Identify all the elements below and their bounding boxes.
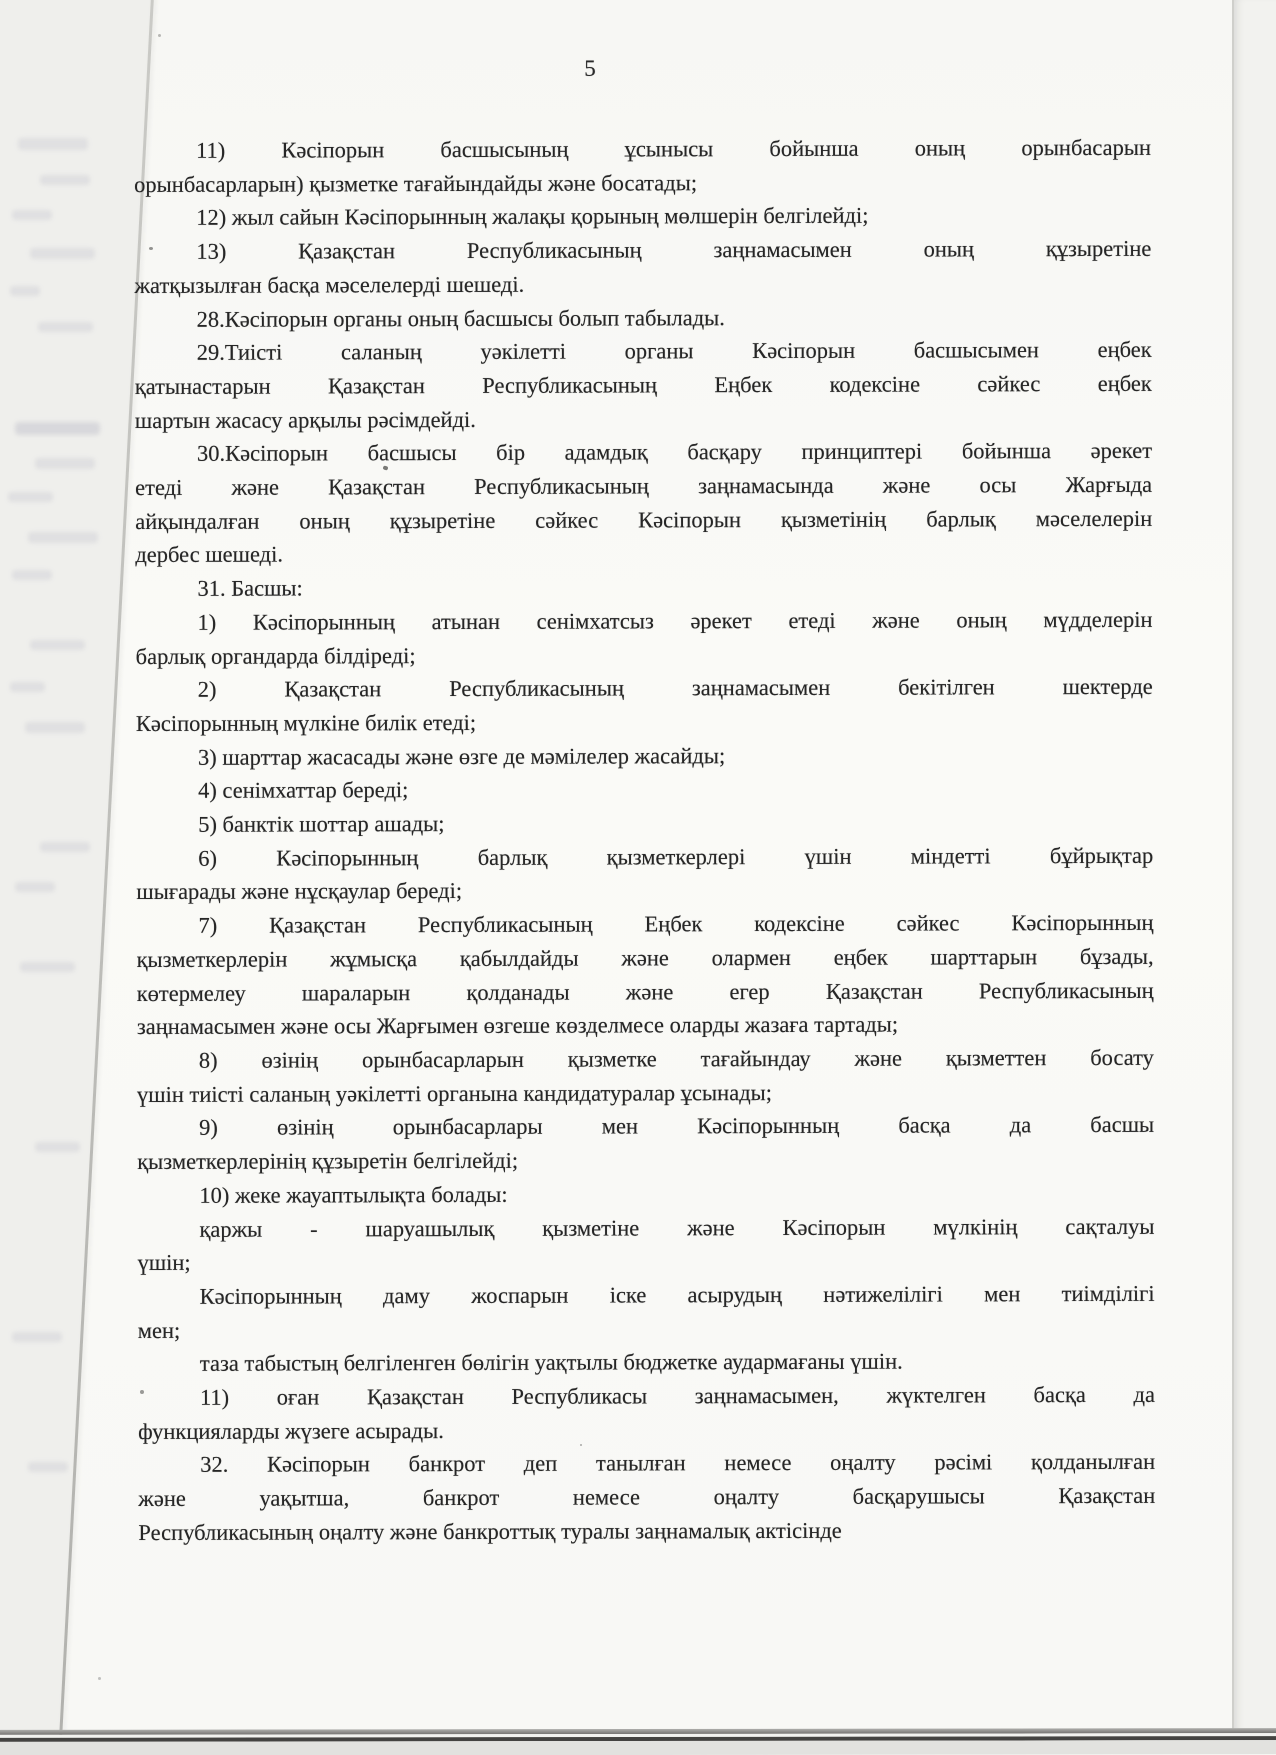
text-line: көтермелеу шараларын қолданады және егер… [137, 973, 1154, 1010]
page-number: 5 [570, 56, 610, 82]
ghost-smudge [30, 248, 95, 259]
scan-speck [149, 247, 153, 250]
text-line: айқындалған оның құзыретіне сәйкес Кәсіп… [135, 502, 1152, 539]
ghost-smudge [15, 882, 55, 892]
text-line: қатынастарын Қазақстан Республикасының Е… [135, 367, 1152, 404]
scanned-document-page: 5 11) Кәсіпорын басшысының ұсынысы бойын… [0, 0, 1276, 1755]
text-line: Кәсіпорынның мүлкіне билік етеді; [136, 704, 1153, 741]
text-line: мен; [138, 1310, 1155, 1347]
ghost-smudge [28, 532, 98, 543]
text-line: 11) оған Қазақстан Республикасы заңнамас… [138, 1378, 1155, 1415]
ghost-smudge [20, 962, 75, 972]
text-line: 8) өзінің орынбасарларын қызметке тағайы… [137, 1041, 1154, 1078]
text-line: қызметкерлерінің құзыретін белгілейді; [137, 1142, 1154, 1179]
text-line: 12) жыл сайын Кәсіпорынның жалақы қорыны… [134, 198, 1151, 235]
ghost-smudge [35, 458, 95, 469]
text-line: таза табыстың белгіленген бөлігін уақтыл… [138, 1344, 1155, 1381]
text-line: заңнамасымен және осы Жарғымен өзгеше кө… [137, 1007, 1154, 1044]
ghost-smudge [18, 138, 88, 150]
text-line: 5) банктік шоттар ашады; [136, 805, 1153, 842]
bottom-scan-border [0, 1728, 1276, 1755]
text-line: шартын жасасу арқылы рәсімдейді. [135, 400, 1152, 437]
text-line: 7) Қазақстан Республикасының Еңбек кодек… [136, 906, 1153, 943]
text-line: 29.Тиісті саланың уәкілетті органы Кәсіп… [135, 333, 1152, 370]
text-line: шығарады және нұсқаулар береді; [136, 872, 1153, 909]
ghost-smudge [8, 492, 53, 502]
scan-speck [580, 1444, 582, 1446]
ghost-smudge [15, 422, 100, 435]
document-text: 11) Кәсіпорын басшысының ұсынысы бойынша… [134, 131, 1155, 1550]
text-line: 13) Қазақстан Республикасының заңнамасым… [134, 232, 1151, 269]
ghost-smudge [40, 842, 90, 852]
text-line: 9) өзінің орынбасарлары мен Кәсіпорынның… [137, 1108, 1154, 1145]
text-line: 2) Қазақстан Республикасының заңнамасыме… [136, 670, 1153, 707]
text-line: үшін тиісті саланың уәкілетті органына к… [137, 1074, 1154, 1111]
text-line: 11) Кәсіпорын басшысының ұсынысы бойынша… [134, 131, 1151, 168]
right-scan-edge [1232, 0, 1276, 1731]
text-line: үшін; [137, 1243, 1154, 1280]
text-line: 1) Кәсіпорынның атынан сенімхатсыз әреке… [135, 603, 1152, 640]
text-line: 4) сенімхаттар береді; [136, 771, 1153, 808]
text-line: және уақытша, банкрот немесе оңалту басқ… [138, 1479, 1155, 1516]
text-line: қаржы - шаруашылық қызметіне және Кәсіпо… [137, 1209, 1154, 1246]
ghost-smudge [12, 570, 52, 580]
ghost-smudge [30, 640, 85, 650]
text-line: жатқызылған басқа мәселелерді шешеді. [134, 266, 1151, 303]
ghost-smudge [12, 1332, 62, 1342]
text-line: 3) шарттар жасасады және өзге де мәмілел… [136, 737, 1153, 774]
text-line: функцияларды жүзеге асырады. [138, 1412, 1155, 1449]
text-line: дербес шешеді. [135, 535, 1152, 572]
text-line: 28.Кәсіпорын органы оның басшысы болып т… [135, 299, 1152, 336]
ghost-smudge [35, 1142, 80, 1152]
ghost-smudge [38, 322, 93, 332]
ghost-smudge [12, 210, 52, 220]
text-line: 10) жеке жауаптылықта болады: [137, 1176, 1154, 1213]
ghost-smudge [40, 175, 90, 185]
ghost-smudge [25, 722, 85, 733]
scan-speck [98, 1677, 101, 1680]
scan-speck [158, 34, 161, 37]
ghost-smudge [10, 682, 45, 692]
text-line: орынбасарларын) қызметке тағайындайды жә… [134, 165, 1151, 202]
text-line: Республикасының оңалту және банкроттық т… [138, 1513, 1155, 1550]
scan-speck [140, 1390, 144, 1394]
ghost-smudge [10, 286, 40, 296]
text-line: 32. Кәсіпорын банкрот деп танылған немес… [138, 1445, 1155, 1482]
ghost-smudge [28, 1462, 68, 1472]
text-line: етеді және Қазақстан Республикасының заң… [135, 468, 1152, 505]
text-line: 31. Басшы: [135, 569, 1152, 606]
text-line: қызметкерлерін жұмысқа қабылдайды және о… [137, 940, 1154, 977]
text-line: 6) Кәсіпорынның барлық қызметкерлері үші… [136, 839, 1153, 876]
text-line: Кәсіпорынның даму жоспарын іске асырудың… [138, 1277, 1155, 1314]
text-line: барлық органдарда білдіреді; [136, 636, 1153, 673]
text-line: 30.Кәсіпорын басшысы бір адамдық басқару… [135, 434, 1152, 471]
